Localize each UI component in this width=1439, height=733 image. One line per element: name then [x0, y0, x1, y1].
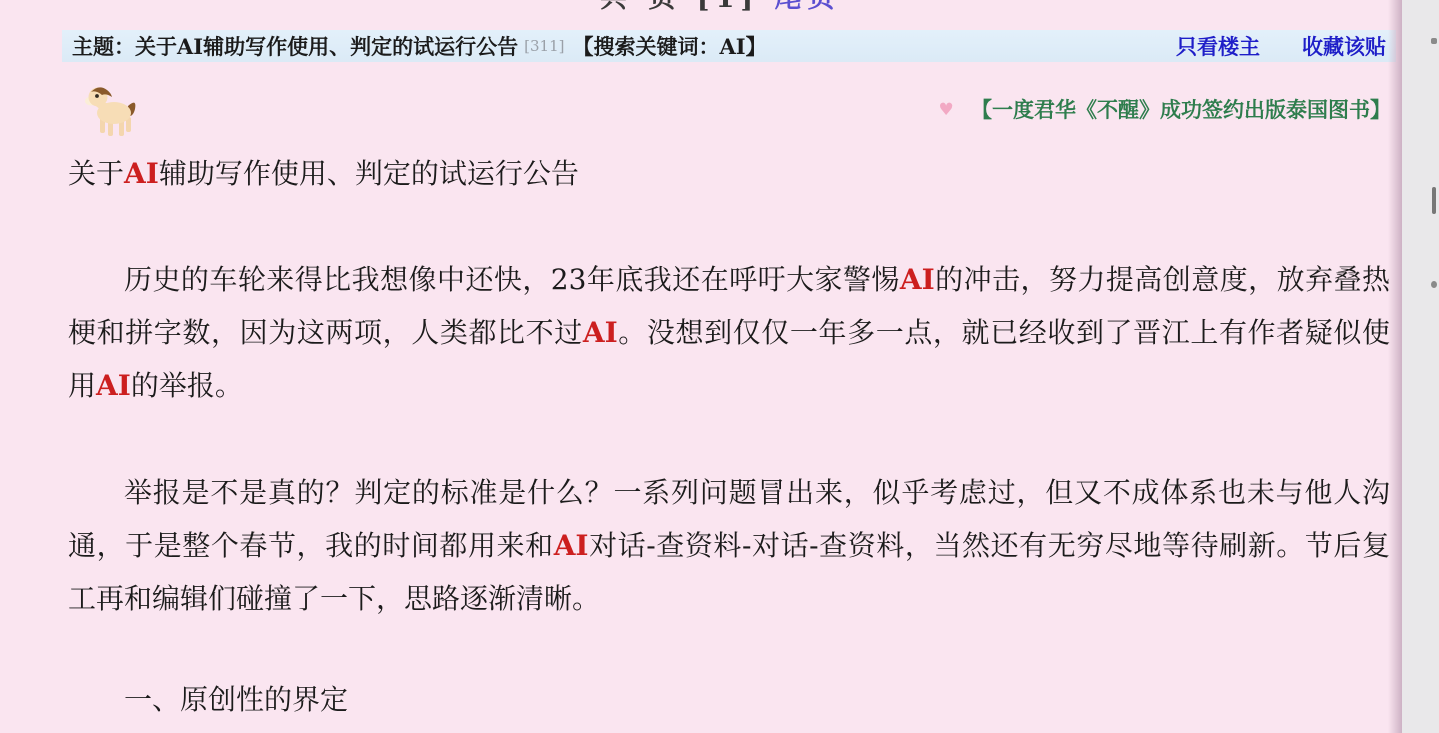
search-keyword-label: 【搜索关键词：AI】 — [572, 31, 766, 61]
ai-highlight: AI — [900, 263, 935, 296]
topic-title: 主题：关于AI辅助写作使用、判定的试运行公告 — [72, 31, 518, 61]
section-heading: 一、原创性的界定 — [68, 673, 1390, 726]
window-edge-artifact — [1432, 187, 1436, 214]
author-row: ♥ 【一度君华《不醒》成功签约出版泰国图书】 — [84, 78, 1391, 144]
post-body: 关于AI辅助写作使用、判定的试运行公告 历史的车轮来得比我想像中还快，23年底我… — [68, 153, 1390, 726]
page-edge-shadow — [1388, 0, 1402, 733]
window-edge-strip — [1402, 0, 1439, 733]
bookmark-thread-link[interactable]: 收藏该贴 — [1302, 31, 1386, 61]
ai-highlight: AI — [554, 529, 589, 562]
view-author-only-link[interactable]: 只看楼主 — [1176, 31, 1260, 61]
text-segment: 历史的车轮来得比我想像中还快，23年底我还在呼吁大家警惕 — [124, 263, 900, 296]
forum-thread-page: 共 页 [1] 尾页 主题：关于AI辅助写作使用、判定的试运行公告 [311] … — [0, 0, 1439, 733]
window-edge-artifact — [1431, 281, 1437, 288]
text-segment: 的举报。 — [131, 369, 243, 402]
author-signature-banner[interactable]: ♥ 【一度君华《不醒》成功签约出版泰国图书】 — [938, 94, 1391, 124]
heart-icon: ♥ — [938, 100, 953, 120]
ai-highlight: AI — [583, 316, 618, 349]
post-title: 关于AI辅助写作使用、判定的试运行公告 — [68, 153, 1390, 195]
window-edge-artifact — [1431, 38, 1437, 44]
ai-highlight: AI — [96, 369, 131, 402]
text-segment: 关于 — [68, 157, 124, 190]
post-paragraph: 历史的车轮来得比我想像中还快，23年底我还在呼吁大家警惕AI的冲击，努力提高创意… — [68, 253, 1390, 412]
reply-count-badge: [311] — [524, 37, 564, 55]
post-paragraph: 举报是不是真的？判定的标准是什么？一系列问题冒出来，似乎考虑过，但又不成体系也未… — [68, 466, 1390, 625]
pagination-clipped-link: 尾页 — [775, 0, 841, 11]
pagination-cutoff-line: 共 页 [1] 尾页 — [600, 0, 880, 11]
text-segment: 辅助写作使用、判定的试运行公告 — [159, 157, 579, 190]
ai-highlight: AI — [124, 157, 159, 190]
signature-banner-text: 【一度君华《不醒》成功签约出版泰国图书】 — [971, 97, 1391, 122]
topic-header-bar: 主题：关于AI辅助写作使用、判定的试运行公告 [311] 【搜索关键词：AI】 … — [62, 30, 1396, 62]
pony-emoticon-icon — [84, 82, 148, 140]
pagination-clipped-text: 共 页 [1] — [600, 0, 759, 11]
